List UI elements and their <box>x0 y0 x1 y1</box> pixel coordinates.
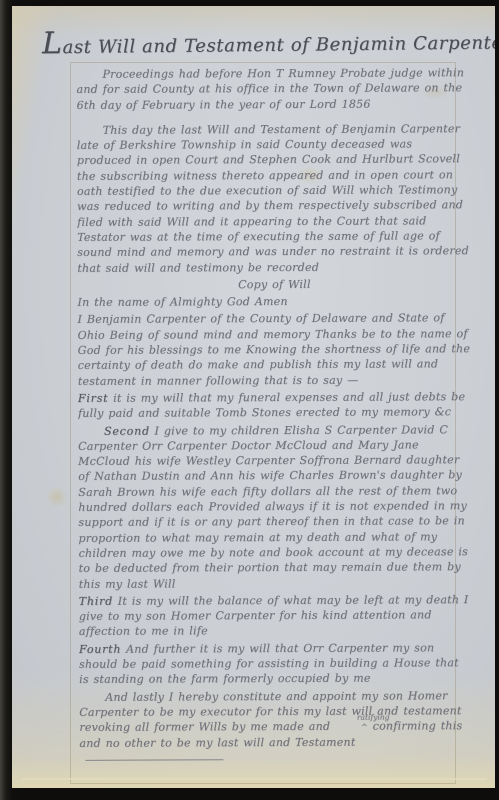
paragraph-preamble: I Benjamin Carpenter of the County of De… <box>78 311 472 389</box>
will-text-column: Proceedings had before Hon T Rumney Prob… <box>76 65 473 787</box>
invocation-line: In the name of Almighty God Amen <box>77 293 471 310</box>
paragraph-closing: And lastly I hereby constitute and appoi… <box>79 688 473 767</box>
clause-first-lead: First <box>78 392 109 405</box>
clause-fourth-lead: Fourth <box>79 642 121 655</box>
photo-frame: Last Will and Testament of Benjamin Carp… <box>0 0 499 800</box>
clause-first: First it is my will that my funeral expe… <box>78 389 472 421</box>
record-title-row: Last Will and Testament of Benjamin Carp… <box>42 22 483 62</box>
paper-stain <box>46 486 68 508</box>
clause-first-text: it is my will that my funeral expenses a… <box>78 390 465 420</box>
interlineation-wrap: ^ratifying <box>335 719 368 735</box>
ledger-page: Last Will and Testament of Benjamin Carp… <box>12 6 495 788</box>
clause-second-lead: Second <box>104 424 150 437</box>
clause-fourth-text: And further it is my will that Orr Carpe… <box>79 641 459 686</box>
paragraph-probate-order: This day the last Will and Testament of … <box>77 121 472 276</box>
copy-of-will-heading: Copy of Will <box>77 276 471 293</box>
clause-third-lead: Third <box>79 595 113 608</box>
interlineation-note: ratifying <box>331 710 390 726</box>
page-edge-highlight <box>22 778 487 780</box>
clause-second-text: I give to my children Elisha S Carpenter… <box>78 423 468 591</box>
clause-fourth: Fourth And further it is my will that Or… <box>79 640 473 688</box>
clause-third-text: It is my will the balance of what may be… <box>79 593 469 638</box>
page-title: Last Will and Testament of Benjamin Carp… <box>42 21 495 61</box>
closing-flourish-line <box>85 758 223 761</box>
paragraph-proceedings: Proceedings had before Hon T Rumney Prob… <box>76 65 470 113</box>
clause-third: Third It is my will the balance of what … <box>79 592 473 640</box>
clause-second: Second I give to my children Elisha S Ca… <box>78 422 473 592</box>
